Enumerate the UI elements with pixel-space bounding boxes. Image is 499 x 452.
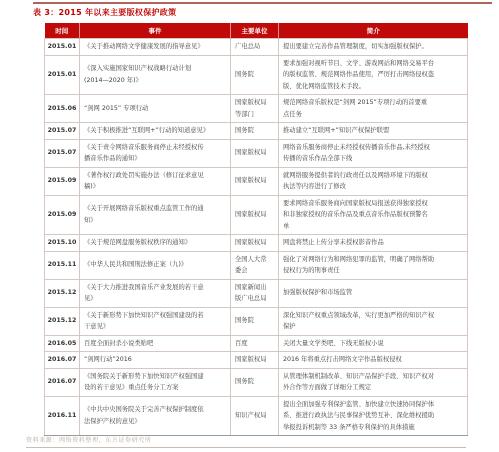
brief-cell: 规范网络音乐版权是“剑网 2015”专项行动的首要重 点任务 [279, 95, 468, 123]
event-cell: 《著作权行政处罚实施办法（修订征求意见 稿)》 [80, 167, 231, 195]
event-cell: 《关于积极推进“互联网+”行动的知道意见》 [80, 123, 231, 140]
table-row: 2015.09《关于开展网络音乐版权重点监管工作的通 知》国家版权局要求网络音乐… [45, 195, 468, 235]
unit-cell: 国务院 [231, 55, 279, 95]
brief-cell: 网络音乐服务商停止未经授权传播音乐作品,未经授权 传播的音乐作品全部下线 [279, 139, 468, 167]
event-cell: 《关于新形势下加快知识产权强国建设的若 干意见》 [80, 307, 231, 335]
unit-cell: 国家版权局 [231, 167, 279, 195]
unit-cell: 知识产权局 [231, 396, 279, 436]
header-time: 时间 [45, 23, 80, 39]
table-row: 2016.07《国务院关于新形势下加快知识产权强国建 设的若干意见》重点任务分工… [45, 368, 468, 396]
unit-cell: 国家版权局 [231, 195, 279, 235]
table-row: 2015.01《深入实施国家知识产权战略行动计划 (2014—2020 年)》国… [45, 55, 468, 95]
table-row: 2016.05百度全面封杀小说类贴吧百度关闭大量文学类吧、下线无版权小说 [45, 335, 468, 352]
table-row: 2015.07《关于积极推进“互联网+”行动的知道意见》国务院推动建立“互联网+… [45, 123, 468, 140]
event-cell: 《中共中央国务院关于完善产权保护制度依 法保护产权的意见》 [80, 396, 231, 436]
unit-cell: 国家版权局 [231, 139, 279, 167]
table-row: 2015.07《关于责令网络音乐服务商停止未经授权传 播音乐作品的通知》国家版权… [45, 139, 468, 167]
bottom-divider [26, 447, 466, 448]
unit-cell: 国家版权局 [231, 352, 279, 369]
event-cell: 《深入实施国家知识产权战略行动计划 (2014—2020 年)》 [80, 55, 231, 95]
policy-table-container: 时间 事件 主要单位 简介 2015.01《关于推动网络文学健康发展的指导意见》… [44, 23, 467, 436]
time-cell: 2015.01 [45, 39, 80, 56]
table-row: 2015.10《关于规范网盘服务版权秩序的通知》国家版权局网盘将禁止上传分享未授… [45, 235, 468, 252]
time-cell: 2015.07 [45, 139, 80, 167]
table-row: 2016.11《中共中央国务院关于完善产权保护制度依 法保护产权的意见》知识产权… [45, 396, 468, 436]
time-cell: 2015.09 [45, 167, 80, 195]
brief-cell: 深化知识产权重点领域改革，实行更加严格的知识产权 保护 [279, 307, 468, 335]
brief-cell: 提出全面加强专利保护监管、加快建立快速协同保护体 系、推进行政执法与民事保护优势… [279, 396, 468, 436]
time-cell: 2016.11 [45, 396, 80, 436]
time-cell: 2015.10 [45, 235, 80, 252]
unit-cell: 国务院 [231, 368, 279, 396]
brief-cell: 提出要建立完善作品管理制度，切实加强版权保护。 [279, 39, 468, 56]
event-cell: 百度全面封杀小说类贴吧 [80, 335, 231, 352]
brief-cell: 2016 年将重点打击网络文字作品版权侵权 [279, 352, 468, 369]
time-cell: 2015.07 [45, 123, 80, 140]
event-cell: “剑网行动”2016 [80, 352, 231, 369]
time-cell: 2016.05 [45, 335, 80, 352]
event-cell: 《关于推动网络文学健康发展的指导意见》 [80, 39, 231, 56]
table-header-row: 时间 事件 主要单位 简介 [45, 23, 468, 39]
table-row: 2015.09《著作权行政处罚实施办法（修订征求意见 稿)》国家版权局就网络服务… [45, 167, 468, 195]
event-cell: 《关于开展网络音乐版权重点监管工作的通 知》 [80, 195, 231, 235]
unit-cell: 国务院 [231, 123, 279, 140]
event-cell: 《国务院关于新形势下加快知识产权强国建 设的若干意见》重点任务分工方案 [80, 368, 231, 396]
event-cell: 《中华人民共和国刑法修正案（九)》 [80, 251, 231, 279]
brief-cell: 就网络服务提供者的行政责任以及网络环境下的版权 执法等内容进行了修改 [279, 167, 468, 195]
time-cell: 2015.11 [45, 251, 80, 279]
brief-cell: 强化了对网络行为和网络犯罪的监管，明确了网络帮助 侵权行为的刑事责任 [279, 251, 468, 279]
brief-cell: 要求网络音乐服务商向国家版权局报送获得独家授权 和非独家授权的音乐作品及重点音乐… [279, 195, 468, 235]
time-cell: 2016.07 [45, 352, 80, 369]
unit-cell: 国家版权局 [231, 235, 279, 252]
table-row: 2016.07“剑网行动”2016国家版权局2016 年将重点打击网络文字作品版… [45, 352, 468, 369]
brief-cell: 推动建立“互联网+”知识产权保护联盟 [279, 123, 468, 140]
unit-cell: 国家版权局 等部门 [231, 95, 279, 123]
brief-cell: 关闭大量文学类吧、下线无版权小说 [279, 335, 468, 352]
time-cell: 2015.12 [45, 307, 80, 335]
table-row: 2015.01《关于推动网络文学健康发展的指导意见》广电总局提出要建立完善作品管… [45, 39, 468, 56]
table-row: 2015.12《关于大力推进我国音乐产业发展的若干意 见》国家新闻出 版广电总局… [45, 279, 468, 307]
event-cell: “剑网 2015” 专项行动 [80, 95, 231, 123]
policy-table: 时间 事件 主要单位 简介 2015.01《关于推动网络文学健康发展的指导意见》… [44, 23, 468, 436]
unit-cell: 广电总局 [231, 39, 279, 56]
time-cell: 2015.06 [45, 95, 80, 123]
event-cell: 《关于责令网络音乐服务商停止未经授权传 播音乐作品的通知》 [80, 139, 231, 167]
header-brief: 简介 [279, 23, 468, 39]
unit-cell: 国务院 [231, 307, 279, 335]
policy-table-body: 2015.01《关于推动网络文学健康发展的指导意见》广电总局提出要建立完善作品管… [45, 39, 468, 436]
event-cell: 《关于大力推进我国音乐产业发展的若干意 见》 [80, 279, 231, 307]
source-note: 资料来源：网络资料整理，东方证券研究所 [26, 435, 151, 444]
unit-cell: 全国人大常 委会 [231, 251, 279, 279]
table-title: 表 3：2015 年以来主要版权保护政策 [33, 7, 176, 18]
time-cell: 2015.12 [45, 279, 80, 307]
brief-cell: 要求加强对视听节目、文学、游戏网站和网络交易平台 的版权监管、规范网络作品使用，… [279, 55, 468, 95]
brief-cell: 加强版权保护和市场监管 [279, 279, 468, 307]
table-row: 2015.11《中华人民共和国刑法修正案（九)》全国人大常 委会强化了对网络行为… [45, 251, 468, 279]
unit-cell: 百度 [231, 335, 279, 352]
header-event: 事件 [80, 23, 231, 39]
event-cell: 《关于规范网盘服务版权秩序的通知》 [80, 235, 231, 252]
top-divider [33, 2, 492, 4]
time-cell: 2016.07 [45, 368, 80, 396]
table-row: 2015.06“剑网 2015” 专项行动国家版权局 等部门规范网络音乐版权是“… [45, 95, 468, 123]
time-cell: 2015.01 [45, 55, 80, 95]
time-cell: 2015.09 [45, 195, 80, 235]
unit-cell: 国家新闻出 版广电总局 [231, 279, 279, 307]
brief-cell: 从管理体制机制改革、知识产品保护手段、知识产权对 外合作等方面做了详细分工规定 [279, 368, 468, 396]
header-unit: 主要单位 [231, 23, 279, 39]
brief-cell: 网盘将禁止上传分享未授权影音作品 [279, 235, 468, 252]
table-row: 2015.12《关于新形势下加快知识产权强国建设的若 干意见》国务院深化知识产权… [45, 307, 468, 335]
